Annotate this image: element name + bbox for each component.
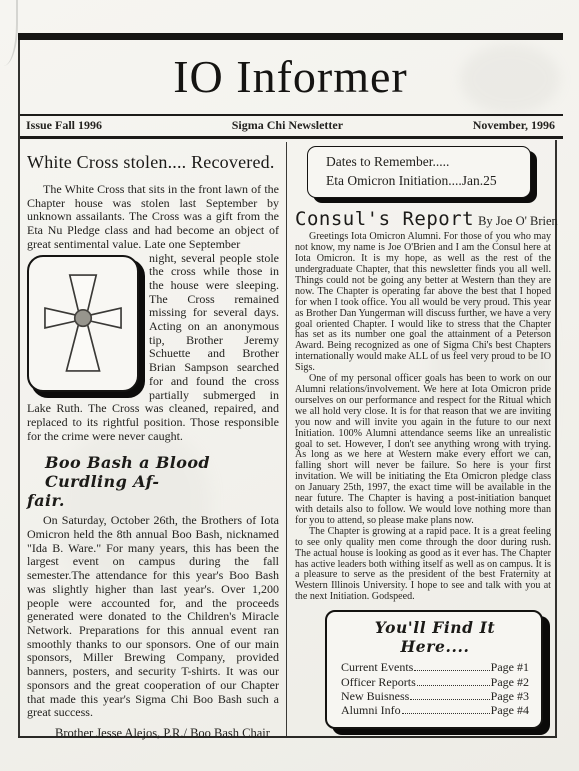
masthead-rule-top (18, 114, 563, 116)
consul-report-byline: By Joe O' Brien (478, 214, 558, 228)
scan-artifact (0, 0, 18, 66)
index-label: Current Events (341, 660, 413, 674)
newsletter-subtitle: Sigma Chi Newsletter (232, 118, 343, 133)
white-cross-headline: White Cross stolen.... Recovered. (27, 152, 279, 173)
index-row: New Buisness Page #3 (341, 689, 529, 703)
index-box: You'll Find It Here.... Current Events P… (325, 610, 543, 729)
dates-box-title: Dates to Remember..... (326, 152, 524, 171)
index-label: Officer Reports (341, 675, 416, 689)
consul-paragraph-2: One of my personal officer goals has bee… (295, 374, 551, 527)
sigma-chi-cross-icon (40, 267, 126, 379)
newsletter-page: IO Informer Issue Fall 1996 Sigma Chi Ne… (0, 0, 579, 771)
white-cross-paragraph-start: The White Cross that sits in the front l… (27, 183, 279, 252)
index-box-heading: You'll Find It Here.... (341, 618, 529, 656)
cross-center-emblem-icon (75, 310, 92, 327)
index-page: Page #4 (491, 703, 529, 717)
index-row: Officer Reports Page #2 (341, 675, 529, 689)
dates-box-entry: Eta Omicron Initiation....Jan.25 (326, 171, 524, 190)
issue-label: Issue Fall 1996 (26, 118, 102, 133)
boo-bash-paragraph: On Saturday, October 26th, the Brothers … (27, 514, 279, 720)
issue-date: November, 1996 (473, 118, 555, 133)
dot-leader (402, 713, 490, 714)
masthead-title: IO Informer (18, 46, 563, 108)
consul-report-headline: Consul's Report (295, 208, 474, 230)
boo-bash-headline-line2: fair. (27, 491, 279, 510)
left-column: White Cross stolen.... Recovered. The Wh… (27, 146, 279, 741)
consul-paragraph-1: Greetings Iota Omicron Alumni. For those… (295, 232, 551, 374)
index-page: Page #2 (491, 675, 529, 689)
dot-leader (410, 699, 489, 700)
index-label: Alumni Info (341, 703, 401, 717)
page-border-right (555, 140, 557, 737)
dates-to-remember-box: Dates to Remember..... Eta Omicron Initi… (307, 146, 531, 198)
dot-leader (417, 685, 490, 686)
page-border-left (18, 40, 20, 738)
masthead-top-bar (18, 33, 563, 40)
consul-report-header: Consul's Report By Joe O' Brien (295, 208, 551, 230)
issue-info-row: Issue Fall 1996 Sigma Chi Newsletter Nov… (18, 118, 563, 133)
index-row: Alumni Info Page #4 (341, 703, 529, 717)
right-column: Dates to Remember..... Eta Omicron Initi… (295, 143, 551, 729)
white-cross-image (27, 255, 139, 392)
consul-paragraph-3: The Chapter is growing at a rapid pace. … (295, 527, 551, 603)
boo-bash-headline-line1: Boo Bash a Blood Curdling Af- (27, 453, 279, 491)
column-divider (286, 142, 287, 736)
index-page: Page #3 (491, 689, 529, 703)
masthead-rule-bottom (18, 136, 563, 139)
index-page: Page #1 (491, 660, 529, 674)
boo-bash-byline: Brother Jesse Alejos, P.R./ Boo Bash Cha… (27, 726, 279, 741)
dot-leader (414, 670, 489, 671)
index-label: New Buisness (341, 689, 409, 703)
index-row: Current Events Page #1 (341, 660, 529, 674)
boo-bash-headline: Boo Bash a Blood Curdling Af- fair. (27, 453, 279, 510)
